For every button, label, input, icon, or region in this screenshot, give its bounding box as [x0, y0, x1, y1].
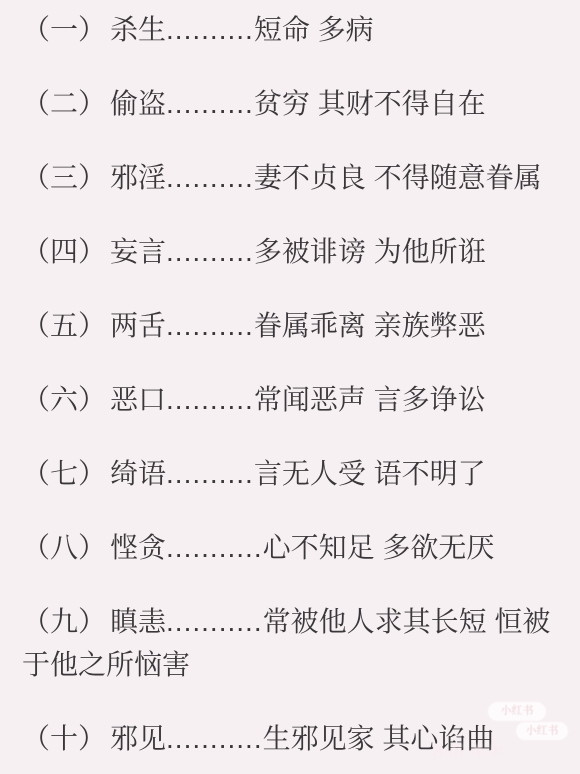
list-item: （八）悭贪...........心不知足 多欲无厌: [22, 526, 574, 569]
list-item: （六）恶口..........常闻恶声 言多诤讼: [22, 378, 574, 421]
item-dots-leader: ..........: [166, 310, 254, 341]
list-item: （五）两舌..........眷属乖离 亲族弊恶: [22, 304, 574, 347]
item-term: 绮语: [110, 458, 166, 489]
list-item: （七）绮语..........言无人受 语不明了: [22, 452, 574, 495]
list-item: （一）杀生..........短命 多病: [22, 8, 574, 51]
item-number: （三）: [22, 162, 106, 193]
item-result: 妻不贞良 不得随意眷属: [254, 162, 542, 193]
item-dots-leader: ..........: [166, 88, 254, 119]
item-result: 生邪见家 其心谄曲: [263, 723, 495, 754]
item-dots-leader: ...........: [166, 606, 263, 637]
item-number: （四）: [22, 236, 106, 267]
list-item: （九）瞋恚...........常被他人求其长短 恒被于他之所恼害: [22, 600, 574, 686]
item-result: 言无人受 语不明了: [254, 458, 486, 489]
item-term: 悭贪: [110, 532, 166, 563]
item-dots-leader: ...........: [166, 723, 263, 754]
item-number: （十）: [22, 723, 106, 754]
item-term: 瞋恚: [110, 606, 166, 637]
list-item: （十）邪见...........生邪见家 其心谄曲: [22, 717, 574, 760]
item-term: 两舌: [110, 310, 166, 341]
item-number: （五）: [22, 310, 106, 341]
list-item: （二）偷盗..........贫穷 其财不得自在: [22, 82, 574, 125]
item-term: 邪淫: [110, 162, 166, 193]
item-term: 偷盗: [110, 88, 166, 119]
list-item: （三）邪淫..........妻不贞良 不得随意眷属: [22, 156, 574, 199]
item-result: 短命 多病: [254, 14, 374, 45]
item-term: 恶口: [110, 384, 166, 415]
item-dots-leader: ...........: [166, 532, 263, 563]
item-number: （八）: [22, 532, 106, 563]
item-term: 杀生: [110, 14, 166, 45]
item-number: （一）: [22, 14, 106, 45]
item-result: 多被诽谤 为他所诳: [254, 236, 486, 267]
item-number: （七）: [22, 458, 106, 489]
item-result: 常闻恶声 言多诤讼: [254, 384, 486, 415]
list-item: （四）妄言..........多被诽谤 为他所诳: [22, 230, 574, 273]
item-dots-leader: ..........: [166, 458, 254, 489]
item-result: 心不知足 多欲无厌: [263, 532, 495, 563]
item-dots-leader: ..........: [166, 236, 254, 267]
item-number: （二）: [22, 88, 106, 119]
item-number: （六）: [22, 384, 106, 415]
item-dots-leader: ..........: [166, 162, 254, 193]
document-page: （一）杀生..........短命 多病 （二）偷盗..........贫穷 其…: [0, 0, 580, 774]
item-dots-leader: ..........: [166, 14, 254, 45]
item-number: （九）: [22, 606, 106, 637]
item-result: 眷属乖离 亲族弊恶: [254, 310, 486, 341]
item-term: 妄言: [110, 236, 166, 267]
item-result: 贫穷 其财不得自在: [254, 88, 486, 119]
item-term: 邪见: [110, 723, 166, 754]
item-dots-leader: ..........: [166, 384, 254, 415]
